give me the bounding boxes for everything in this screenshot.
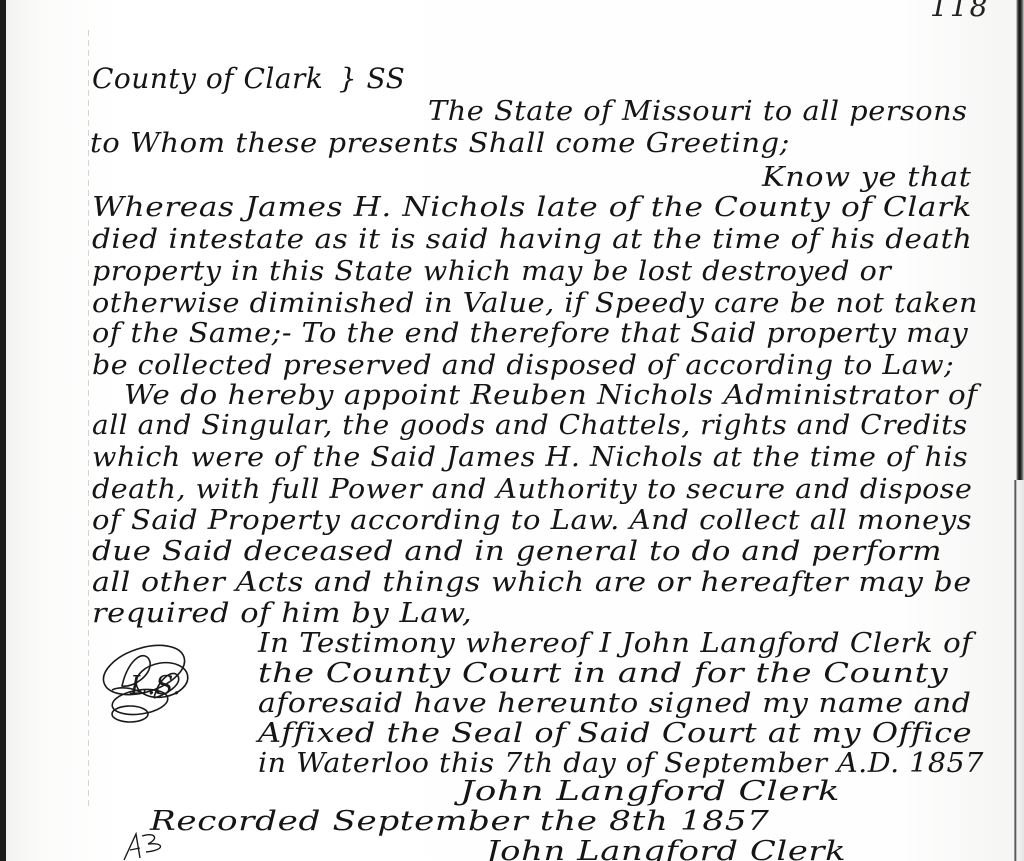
recorded-date-line: Recorded September the 8th 1857 <box>150 806 769 837</box>
svg-text:L.S.: L.S. <box>129 671 181 701</box>
clerk-signature: John Langford Clerk <box>460 776 840 807</box>
seal-icon: L.S. <box>92 628 202 738</box>
handwritten-line: Whereas James H. Nichols late of the Cou… <box>92 192 972 223</box>
caption-county: County of Clark } SS <box>92 62 405 95</box>
handwritten-line: death, with full Power and Authority to … <box>92 474 972 505</box>
handwritten-line: due Said deceased and in general to do a… <box>92 536 942 567</box>
handwritten-line: the County Court in and for the County <box>258 658 948 689</box>
county-text: County of Clark <box>92 62 323 95</box>
page-edge-lower <box>1014 480 1024 861</box>
handwritten-line: to Whom these presents Shall come Greeti… <box>90 128 790 159</box>
clerk-signature-recorded: John Langford Clerk <box>486 836 846 861</box>
initials-mark <box>120 828 180 861</box>
handwritten-line: died intestate as it is said having at t… <box>92 224 972 255</box>
handwritten-line: aforesaid have hereunto signed my name a… <box>258 688 971 719</box>
document-page: 118 County of Clark } SS The State of Mi… <box>0 0 1024 861</box>
margin-rule <box>88 30 89 810</box>
handwritten-line: Affixed the Seal of Said Court at my Off… <box>258 718 972 749</box>
handwritten-line: of the Same;- To the end therefore that … <box>92 318 968 349</box>
handwritten-line: all and Singular, the goods and Chattels… <box>92 410 968 441</box>
handwritten-line: We do hereby appoint Reuben Nichols Admi… <box>124 380 978 411</box>
handwritten-line: otherwise diminished in Value, if Speedy… <box>92 288 978 319</box>
handwritten-line: The State of Missouri to all persons <box>428 96 968 127</box>
handwritten-line: all other Acts and things which are or h… <box>92 567 972 598</box>
handwritten-line: be collected preserved and disposed of a… <box>92 350 954 381</box>
page-number: 118 <box>930 0 989 23</box>
handwritten-line: of Said Property according to Law. And c… <box>92 505 972 536</box>
binding-shadow <box>0 0 6 861</box>
ss-mark: } SS <box>339 62 406 95</box>
handwritten-line: property in this State which may be lost… <box>92 256 891 287</box>
handwritten-line: In Testimony whereof I John Langford Cle… <box>258 628 973 659</box>
handwritten-line: which were of the Said James H. Nichols … <box>92 442 968 473</box>
handwritten-line: Know ye that <box>762 162 971 193</box>
handwritten-line: required of him by Law, <box>92 598 472 629</box>
handwritten-line: in Waterloo this 7th day of September A.… <box>258 748 984 779</box>
